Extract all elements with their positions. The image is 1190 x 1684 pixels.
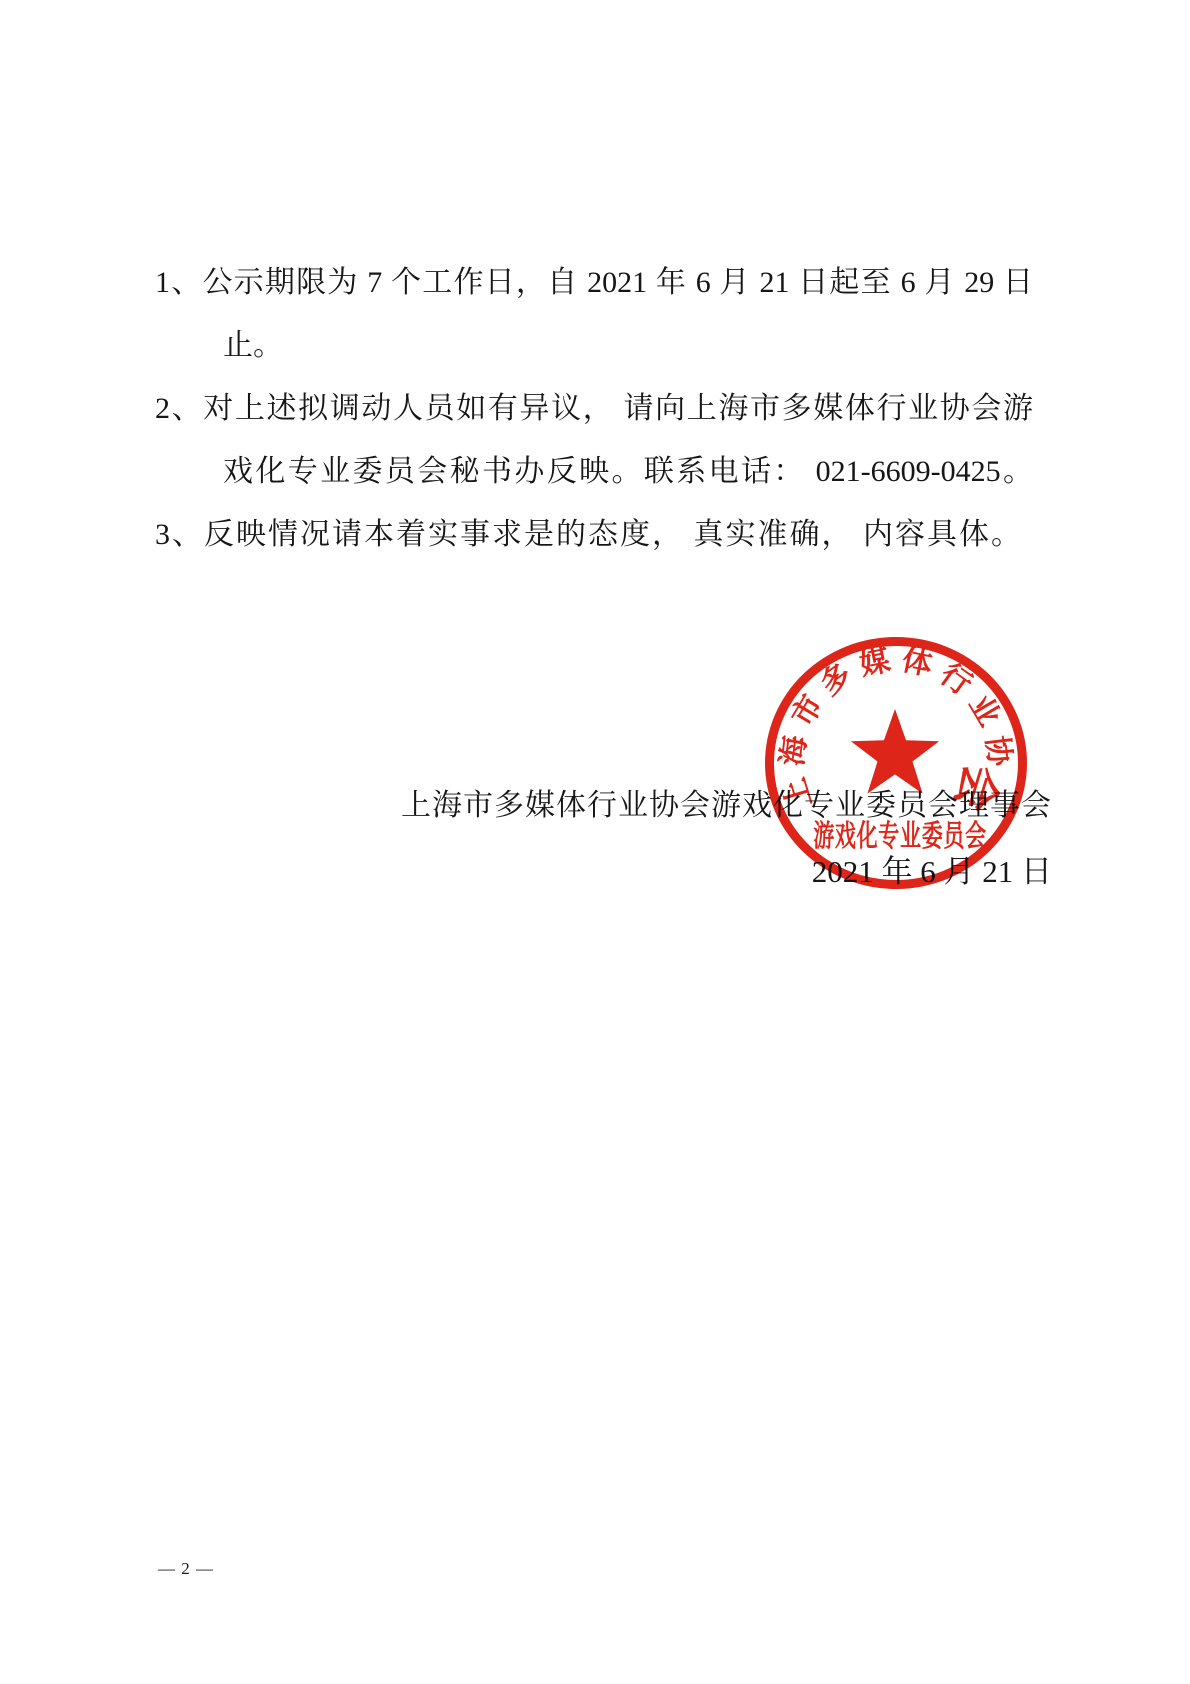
body-line-1: 1、公示期限为 7 个工作日，自 2021 年 6 月 21 日起至 6 月 2… xyxy=(155,264,1033,302)
body-line-5: 3、反映情况请本着实事求是的态度， 真实准确， 内容具体。 xyxy=(155,516,1033,554)
official-seal-stamp: 上海市多媒体行业协会 游戏化专业委员会 xyxy=(765,637,1027,889)
document-page: 1、公示期限为 7 个工作日，自 2021 年 6 月 21 日起至 6 月 2… xyxy=(0,0,1190,1684)
stamp-bottom-text: 游戏化专业委员会 xyxy=(813,811,987,855)
stamp-arc-char: 体 xyxy=(896,642,939,685)
body-line-4: 戏化专业委员会秘书办反映。联系电话： 021-6609-0425。 xyxy=(155,453,1033,491)
body-line-3: 2、对上述拟调动人员如有异议， 请向上海市多媒体行业协会游 xyxy=(155,390,1033,428)
page-number: — 2 — xyxy=(158,1559,214,1579)
body-line-2: 止。 xyxy=(155,327,1033,365)
stamp-arc-char: 媒 xyxy=(854,642,897,685)
stamp-arc-char: 海 xyxy=(775,731,815,771)
